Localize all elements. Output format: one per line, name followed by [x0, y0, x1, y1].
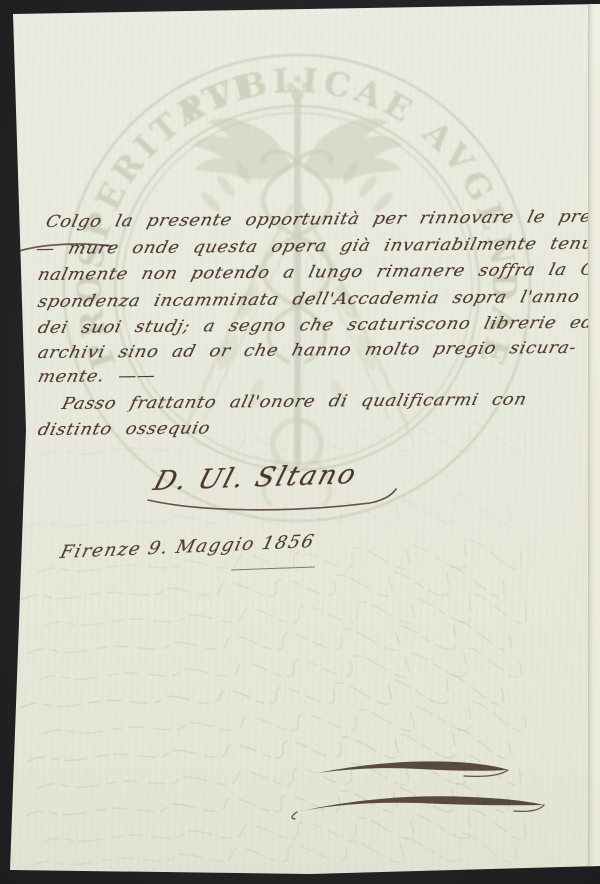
seal-watermark: PROSPERITATI PVBLICAE AVGENDAE	[0, 0, 600, 884]
bottom-flourish-1	[317, 761, 508, 773]
letter-line: dei suoi studj; a segno che scaturiscono…	[36, 313, 596, 337]
letter-line: archivi sino ad or che hanno molto pregi…	[36, 338, 579, 362]
ink-flourishes	[0, 0, 600, 884]
letter-line: Passo frattanto all'onore di qualificarm…	[60, 390, 529, 413]
bottom-flourish-2-hook-right	[514, 805, 544, 811]
letter-line: — mure onde questa opera già invariabilm…	[34, 233, 600, 258]
letter-line: Colgo la presente opportunità per rinnov…	[44, 207, 600, 231]
letter-line: mente. ——	[36, 366, 158, 386]
dateline: Firenze 9. Maggio 1856	[58, 531, 317, 563]
wheat-ornaments	[199, 158, 396, 411]
seal-text-top: PVBLICAE	[171, 61, 423, 133]
page-fold-strip	[588, 0, 600, 870]
scanned-document: PROSPERITATI PVBLICAE AVGENDAE	[0, 0, 600, 884]
verso-showthrough	[0, 0, 600, 884]
signature: D. Ul. Sltano	[150, 459, 361, 497]
svg-text:PVBLICAE: PVBLICAE	[171, 61, 423, 133]
document-page: PROSPERITATI PVBLICAE AVGENDAE	[0, 0, 600, 884]
date-underline	[231, 567, 315, 571]
bottom-flourish-2-hook-left	[292, 812, 297, 819]
letter-line: nalmente non potendo a lungo rimanere so…	[36, 259, 600, 284]
letter-line: distinto ossequio	[36, 418, 213, 439]
bottom-flourish-1-hook	[464, 770, 508, 776]
letter-line: spondenza incamminata dell'Accademia sop…	[36, 287, 582, 311]
bottom-flourish-2	[297, 796, 544, 812]
